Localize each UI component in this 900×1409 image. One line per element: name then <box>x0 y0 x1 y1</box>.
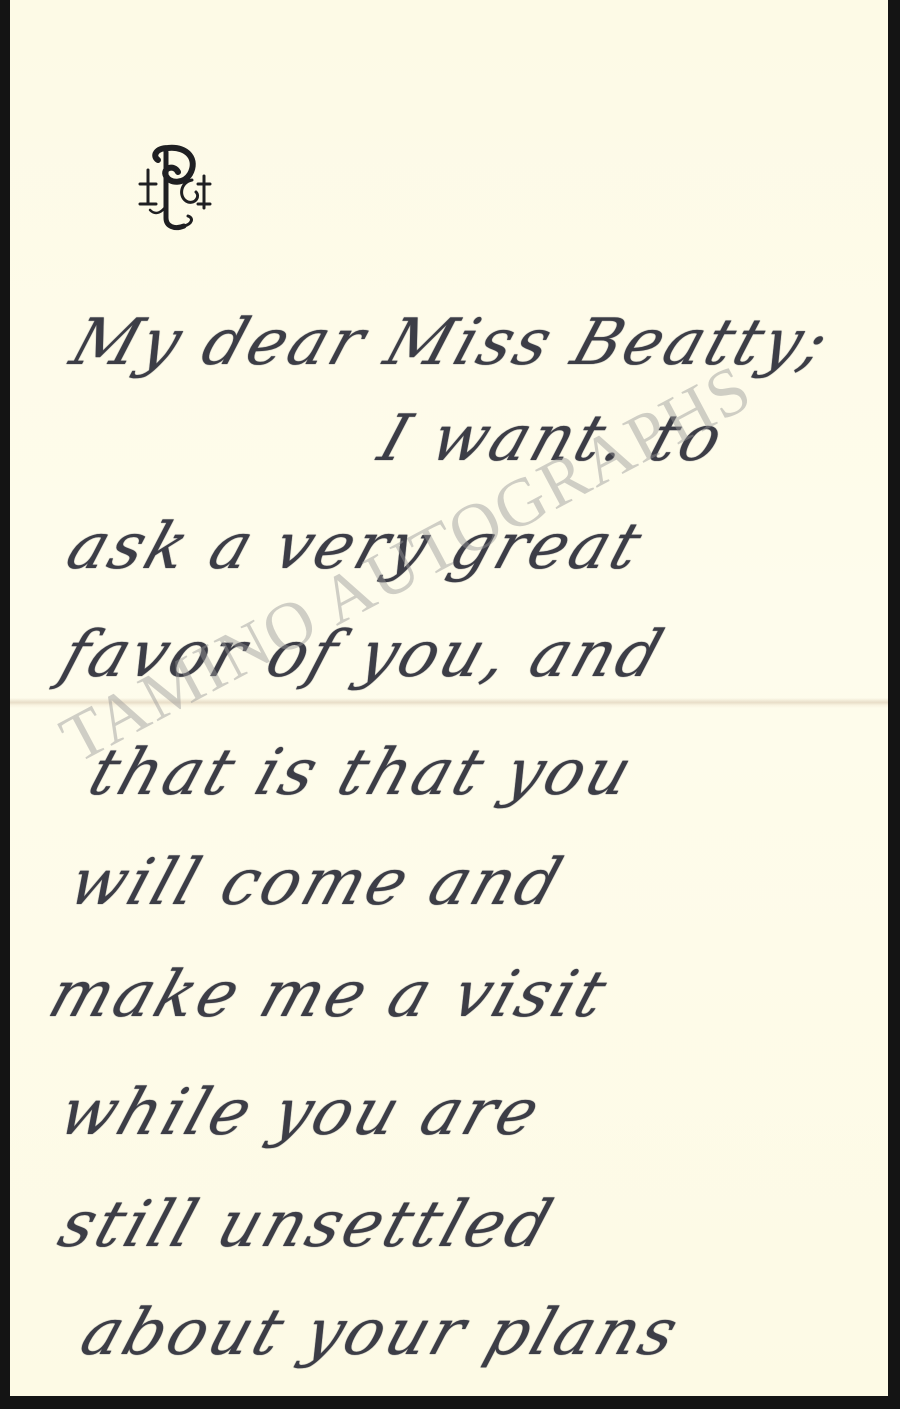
letter-line: that is that you <box>80 736 644 810</box>
letter-page: My dear Miss Beatty; I want. to ask a ve… <box>10 0 888 1396</box>
letter-line: about your plans <box>72 1296 689 1370</box>
letter-line: make me a visit <box>40 958 618 1032</box>
letter-line: while you are <box>50 1076 551 1150</box>
letter-line: will come and <box>60 846 573 920</box>
letter-line: still unsettled <box>50 1188 563 1262</box>
ornate-monogram-icon <box>126 140 216 232</box>
